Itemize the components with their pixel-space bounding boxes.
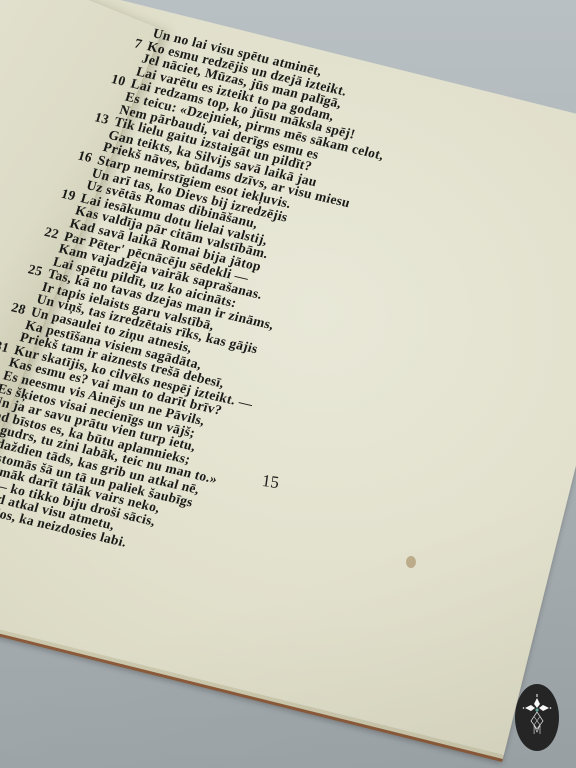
paper-stain [406,556,416,568]
page-number: 15 [261,471,281,493]
book-photo: manī netiek a. klātu, ua vieta, usīgs. a… [0,0,576,768]
watermark-letter: M [532,723,542,737]
watermark-badge: M [515,684,559,751]
